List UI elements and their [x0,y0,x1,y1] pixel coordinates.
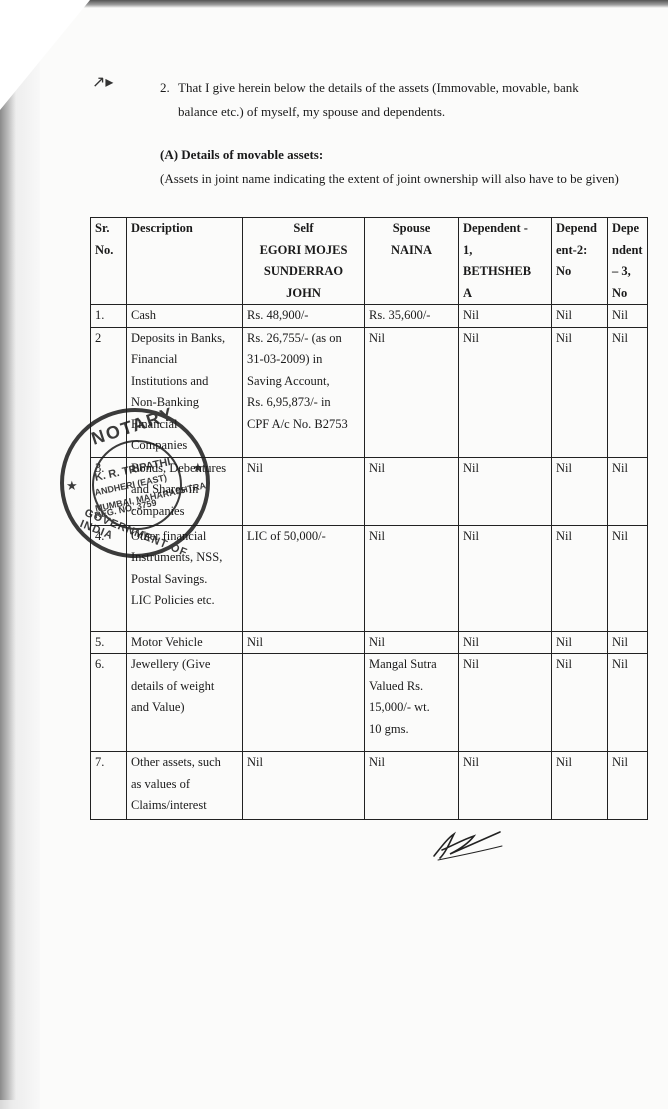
signature [428,826,508,866]
dependent-2-cell: Nil [552,752,608,820]
description-cell: Deposits in Banks,FinancialInstitutions … [127,327,243,457]
dependent-3-cell: Nil [608,752,648,820]
page-corner-fold [0,0,90,110]
sr-cell: 3. [91,457,127,525]
dependent-2-cell: Nil [552,327,608,457]
dependent-3-cell: Nil [608,525,648,631]
dependent-3-cell: Nil [608,654,648,752]
self-cell [243,654,365,752]
description-cell: Bonds, Debenturesand Shares incompanies [127,457,243,525]
page-fold-shadow [0,60,16,1100]
handwritten-mark-icon: ↗▸ [92,72,113,92]
description-cell: Other assets, suchas values ofClaims/int… [127,752,243,820]
dependent-2-cell: Nil [552,305,608,328]
table-header-row: Sr.No. Description SelfEGORI MOJESSUNDER… [91,218,648,305]
sr-cell: 5. [91,631,127,654]
description-cell: Cash [127,305,243,328]
self-cell: Nil [243,752,365,820]
self-cell: Rs. 48,900/- [243,305,365,328]
sr-cell: 1. [91,305,127,328]
spouse-cell: Nil [365,631,459,654]
dependent-1-cell: Nil [459,525,552,631]
sr-cell: 6. [91,654,127,752]
dependent-1-cell: Nil [459,457,552,525]
dependent-2-cell: Nil [552,457,608,525]
dependent-2-cell: Nil [552,525,608,631]
dependent-3-cell: Nil [608,631,648,654]
sr-cell: 7. [91,752,127,820]
dependent-1-cell: Nil [459,654,552,752]
paragraph-2: 2. That I give herein below the details … [160,76,600,124]
table-row: 2Deposits in Banks,FinancialInstitutions… [91,327,648,457]
header-dependent-3: Dependent– 3,No [608,218,648,305]
header-self: SelfEGORI MOJESSUNDERRAOJOHN [243,218,365,305]
spouse-cell: Nil [365,752,459,820]
spouse-cell: Nil [365,525,459,631]
self-cell: Nil [243,457,365,525]
table-row: 1.CashRs. 48,900/-Rs. 35,600/-NilNilNil [91,305,648,328]
dependent-1-cell: Nil [459,305,552,328]
self-cell: Rs. 26,755/- (as on31-03-2009) inSaving … [243,327,365,457]
section-title: (A) Details of movable assets: [160,147,323,163]
movable-assets-table: Sr.No. Description SelfEGORI MOJESSUNDER… [90,217,648,820]
spouse-cell: Nil [365,327,459,457]
dependent-1-cell: Nil [459,631,552,654]
spouse-cell: Rs. 35,600/- [365,305,459,328]
paragraph-number: 2. [160,76,170,100]
dependent-1-cell: Nil [459,327,552,457]
dependent-2-cell: Nil [552,631,608,654]
header-spouse: SpouseNAINA [365,218,459,305]
dependent-2-cell: Nil [552,654,608,752]
self-cell: Nil [243,631,365,654]
header-sr-no: Sr.No. [91,218,127,305]
description-cell: Other financialInstruments, NSS,Postal S… [127,525,243,631]
dependent-3-cell: Nil [608,457,648,525]
paragraph-text: That I give herein below the details of … [160,76,600,124]
table-row: 5.Motor VehicleNilNilNilNilNil [91,631,648,654]
description-cell: Jewellery (Givedetails of weightand Valu… [127,654,243,752]
dependent-3-cell: Nil [608,305,648,328]
table-row: 6.Jewellery (Givedetails of weightand Va… [91,654,648,752]
sr-cell: 4. [91,525,127,631]
self-cell: LIC of 50,000/- [243,525,365,631]
star-icon: ★ [66,478,78,494]
header-dependent-2: Dependent-2:No [552,218,608,305]
description-cell: Motor Vehicle [127,631,243,654]
sr-cell: 2 [91,327,127,457]
scan-top-edge [0,0,668,8]
spouse-cell: Mangal SutraValued Rs.15,000/- wt.10 gms… [365,654,459,752]
dependent-1-cell: Nil [459,752,552,820]
table-row: 3.Bonds, Debenturesand Shares incompanie… [91,457,648,525]
header-dependent-1: Dependent -1,BETHSHEBA [459,218,552,305]
spouse-cell: Nil [365,457,459,525]
table-row: 7.Other assets, suchas values ofClaims/i… [91,752,648,820]
section-note: (Assets in joint name indicating the ext… [160,168,630,190]
dependent-3-cell: Nil [608,327,648,457]
header-description: Description [127,218,243,305]
table-row: 4.Other financialInstruments, NSS,Postal… [91,525,648,631]
